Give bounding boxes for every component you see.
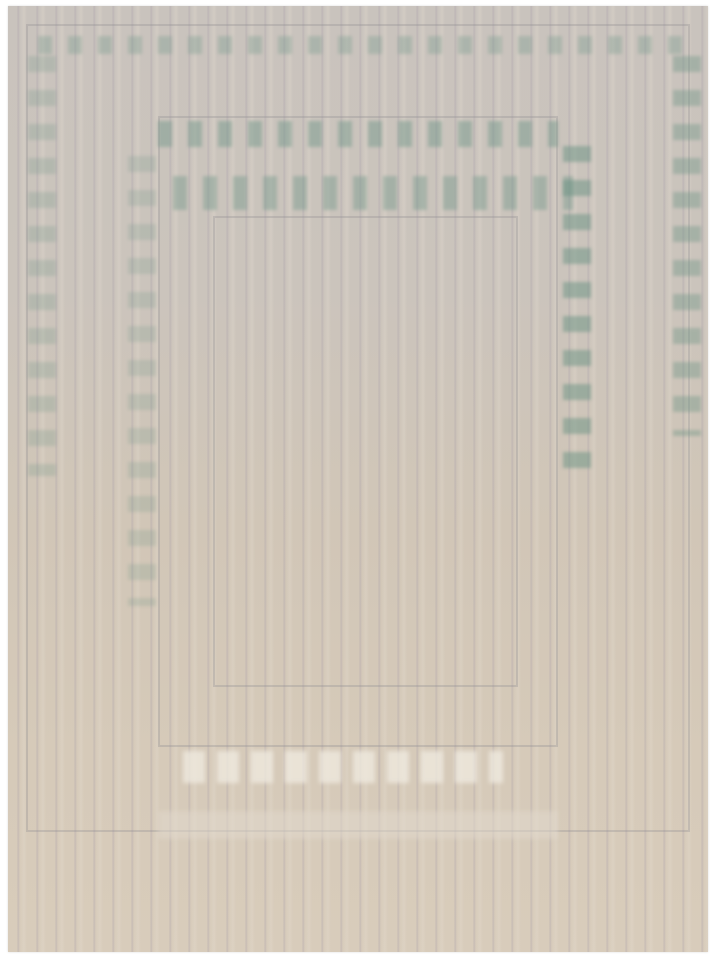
lower-guard-band [158,811,558,839]
green-motif-band [173,176,573,210]
right-inner-motif-column [563,146,591,486]
inner-field-border [213,216,518,687]
top-guard-motif-band [38,36,698,54]
upper-motif-band [158,121,558,147]
left-outer-motif-column [28,56,56,476]
right-outer-motif-column [673,56,701,436]
ivory-motif-band [183,751,503,783]
rug [8,6,708,952]
left-inner-motif-column [128,156,156,606]
